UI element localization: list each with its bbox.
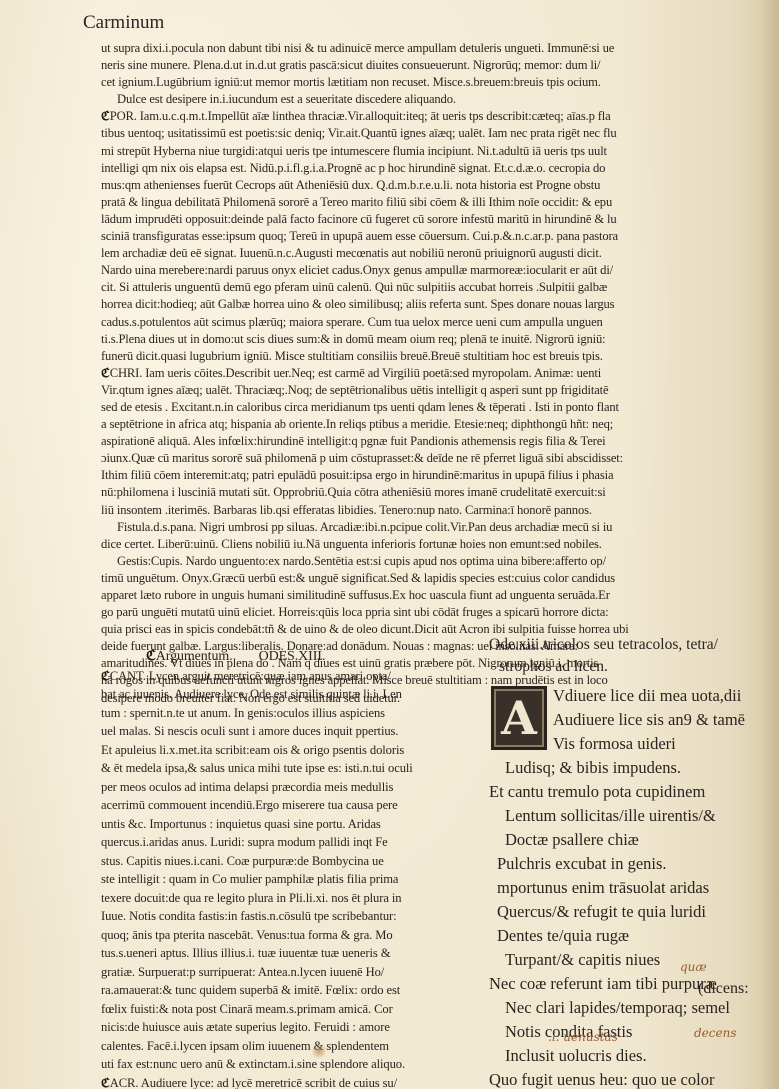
verse-line: Dentes te/quia rugæ — [489, 924, 769, 948]
argument-line: fœlix fuisti:& nota post Cinarā meam.s.p… — [101, 1000, 481, 1019]
commentary-line: dice certet. Liberū:uinū. Cliens nobiliū… — [101, 536, 761, 553]
ode-title: Ode.xiii.tricolos seu tetracolos, tetra/ — [489, 634, 769, 656]
commentary-line: ti.s.Plena diues ut in domo:ut scis diue… — [101, 331, 761, 348]
commentary-line: liū insontem .iterimēs. Barbaras lib.qsi… — [101, 502, 761, 519]
commentary-line: Fistula.d.s.pana. Nigri umbrosi pp silua… — [101, 519, 761, 536]
commentary-line: sed de etesis . Excitant.n.in caloribus … — [101, 399, 761, 416]
argument-line: Et apuleius li.x.met.ita scribit:eam ois… — [101, 741, 481, 760]
ink-stain — [312, 1042, 326, 1060]
argument-line: bat ac iuuenis. Audiuere lyce. Ode est s… — [101, 685, 481, 704]
commentary-line: ℭPOR. Iam.u.c.q.m.t.Impellūt aīæ linthea… — [101, 108, 761, 125]
commentary-line: tibus uentoq; usitatissimū est poetis:si… — [101, 125, 761, 142]
pilcrow-icon: ℭ — [146, 649, 156, 664]
ode-text-column: Ode.xiii.tricolos seu tetracolos, tetra/… — [489, 634, 769, 1089]
argument-line: uel malas. Si nescis oculi sunt i amore … — [101, 722, 481, 741]
commentary-line: cet ignium.Lugūbrium igniū:ut memor mort… — [101, 74, 761, 91]
argument-line: texere docuit:de qua re legito plura in … — [101, 889, 481, 908]
verse-line: Quercus/& refugit te quia luridi — [489, 900, 769, 924]
argument-line: acerrimū commouent incendiū.Ergo miserer… — [101, 796, 481, 815]
argument-line: per meos oculos ad intima delapsi præcor… — [101, 778, 481, 797]
ode-number: ODES.XIII. — [259, 649, 326, 664]
commentary-line: nū:philomena i lusciniā mutati sūt. Oppr… — [101, 484, 761, 501]
pilcrow-icon: ℭ — [101, 1076, 110, 1089]
argument-line: uti fax est:nunc uero anū & extinctam.i.… — [101, 1055, 481, 1074]
argument-line: ra.amauerat:& tunc quidem superbā & imit… — [101, 981, 481, 1000]
commentary-line: ℭCHRI. Iam ueris cōites.Describit uer.Ne… — [101, 365, 761, 382]
verse-line: Lentum sollicitas/ille uirentis/& — [489, 804, 769, 828]
commentary-line: aspirationē aliquā. Ales infœlix:hirundi… — [101, 433, 761, 450]
commentary-line: Gestis:Cupis. Nardo unguento:ex nardo.Se… — [101, 553, 761, 570]
commentary-line: ɔiunx.Quæ cū maritus sororē suā philomen… — [101, 450, 761, 467]
verse-line: Pulchris excubat in genis. — [489, 852, 769, 876]
commentary-line: pratā & lingua debilitatā Philomenā soro… — [101, 194, 761, 211]
argument-line: quoq; ānis tpa pterita nascebāt. Venus:t… — [101, 926, 481, 945]
ode-subtitle: strophos ad licen. — [489, 656, 769, 678]
argument-heading: ℭArgumentum.ODES.XIII. — [101, 648, 481, 667]
verse-line: Et cantu tremulo pota cupidinem — [489, 780, 769, 804]
argument-line: ℭCANT. Lycen arguit meretricē:quæ iam an… — [101, 667, 481, 686]
book-page: Carminum ut supra dixi.i.pocula non dabu… — [0, 0, 779, 1089]
commentary-line: lem archadiæ deū eē signat. Iuuenū.n.c.A… — [101, 245, 761, 262]
running-head: Carminum — [83, 12, 164, 34]
commentary-line: go parū unguēti mutatū uinū eliciet. Hor… — [101, 604, 761, 621]
marginal-annotation: quæ — [680, 960, 707, 974]
verse-line: mportunus enim trāsuolat aridas — [489, 876, 769, 900]
commentary-line: lādum imprudēti opposuit:deinde palā fac… — [101, 211, 761, 228]
pilcrow-icon: ℭ — [101, 366, 110, 380]
argument-line: ste intelligit : quam in Co mulier pamph… — [101, 870, 481, 889]
pilcrow-icon: ℭ — [101, 109, 110, 123]
commentary-line: neris sine munere. Plena.d.ut in.d.ut gr… — [101, 57, 761, 74]
marginal-annotation: (dicens: — [698, 980, 749, 998]
marginal-annotation: .i. uenustas — [548, 1030, 618, 1044]
commentary-line: horrea dicit:hodieq; aūt Galbæ horrea ui… — [101, 296, 761, 313]
pilcrow-icon: ℭ — [101, 669, 110, 683]
verse-line: Nec clari lapides/temporaq; semel — [489, 996, 769, 1020]
argument-line: & ēt medela ipsa,& salus unica mihi tute… — [101, 759, 481, 778]
verse-line: Inclusit uolucris dies. — [489, 1044, 769, 1068]
argument-line: tum : spernit.n.te ut anum. In genis:ocu… — [101, 704, 481, 723]
commentary-line: apparet læto rubore in unguis humani sim… — [101, 587, 761, 604]
verse-line: Turpant/& capitis niues — [489, 948, 769, 972]
commentary-line: Nardo uina merebere:nardi paruus onyx el… — [101, 262, 761, 279]
argument-line: calentes. Facē.i.lycen ipsam olim iuuene… — [101, 1037, 481, 1056]
argument-line: untis &c. Importunus : inquietus quasi s… — [101, 815, 481, 834]
argument-line: Iuue. Notis condita fastis:in fastis.n.c… — [101, 907, 481, 926]
commentary-line: a septētrione in africa atq; hispania ab… — [101, 416, 761, 433]
argument-line: tus.s.ueneri aptus. Illius illius.i. tuæ… — [101, 944, 481, 963]
commentary-line: cit. Si attuleris unguentū demū ego pfer… — [101, 279, 761, 296]
argument-line: gratiæ. Surpuerat:p surripuerat: Antea.n… — [101, 963, 481, 982]
argument-line: stus. Capitis niues.i.cani. Coæ purpuræ:… — [101, 852, 481, 871]
argument-column: ℭArgumentum.ODES.XIII. ℭCANT. Lycen argu… — [101, 648, 481, 1089]
argument-line: nicis:de huiusce auis ætate superius leg… — [101, 1018, 481, 1037]
verse-line: Quo fugit uenus heu: quo ue color — [489, 1068, 769, 1089]
commentary-line: mus:qm athenienses fuerūt Cecrops aūt At… — [101, 177, 761, 194]
commentary-line: funerū dicit.quasi lugubrium igniū. Misc… — [101, 348, 761, 365]
commentary-line: mi strepūt Hyberna niue turgidi:atqui ue… — [101, 143, 761, 160]
marginal-annotation: decens — [694, 1026, 737, 1040]
commentary-line: timū unguētum. Onyx.Græcū uerbū est:& un… — [101, 570, 761, 587]
commentary-line: sciniā transfiguratas esse:ipsum quoq; T… — [101, 228, 761, 245]
commentary-line: intelligi qm nix ois elapsa est. Nidū.p.… — [101, 160, 761, 177]
commentary-line: Vir.qtum ignes aīæq; ualēt. Thraciæq;.No… — [101, 382, 761, 399]
commentary-line: Ithim filiū cōem interemit:atq; patri ep… — [101, 467, 761, 484]
commentary-line: ut supra dixi.i.pocula non dabunt tibi n… — [101, 40, 761, 57]
commentary-line: Dulce est desipere in.i.iucundum est a s… — [101, 91, 761, 108]
decorated-initial-icon: A — [491, 686, 547, 750]
verse-line: Doctæ psallere chiæ — [489, 828, 769, 852]
commentary-block: ut supra dixi.i.pocula non dabunt tibi n… — [101, 40, 761, 707]
argument-line: ℭACR. Audiuere lyce: ad lycē meretricē s… — [101, 1074, 481, 1089]
argument-line: quercus.i.aridas anus. Luridi: supra mod… — [101, 833, 481, 852]
verse-line: Ludisq; & bibis impudens. — [489, 756, 769, 780]
commentary-line: cadus.s.potulentos aūt scimus plærūq; ma… — [101, 314, 761, 331]
